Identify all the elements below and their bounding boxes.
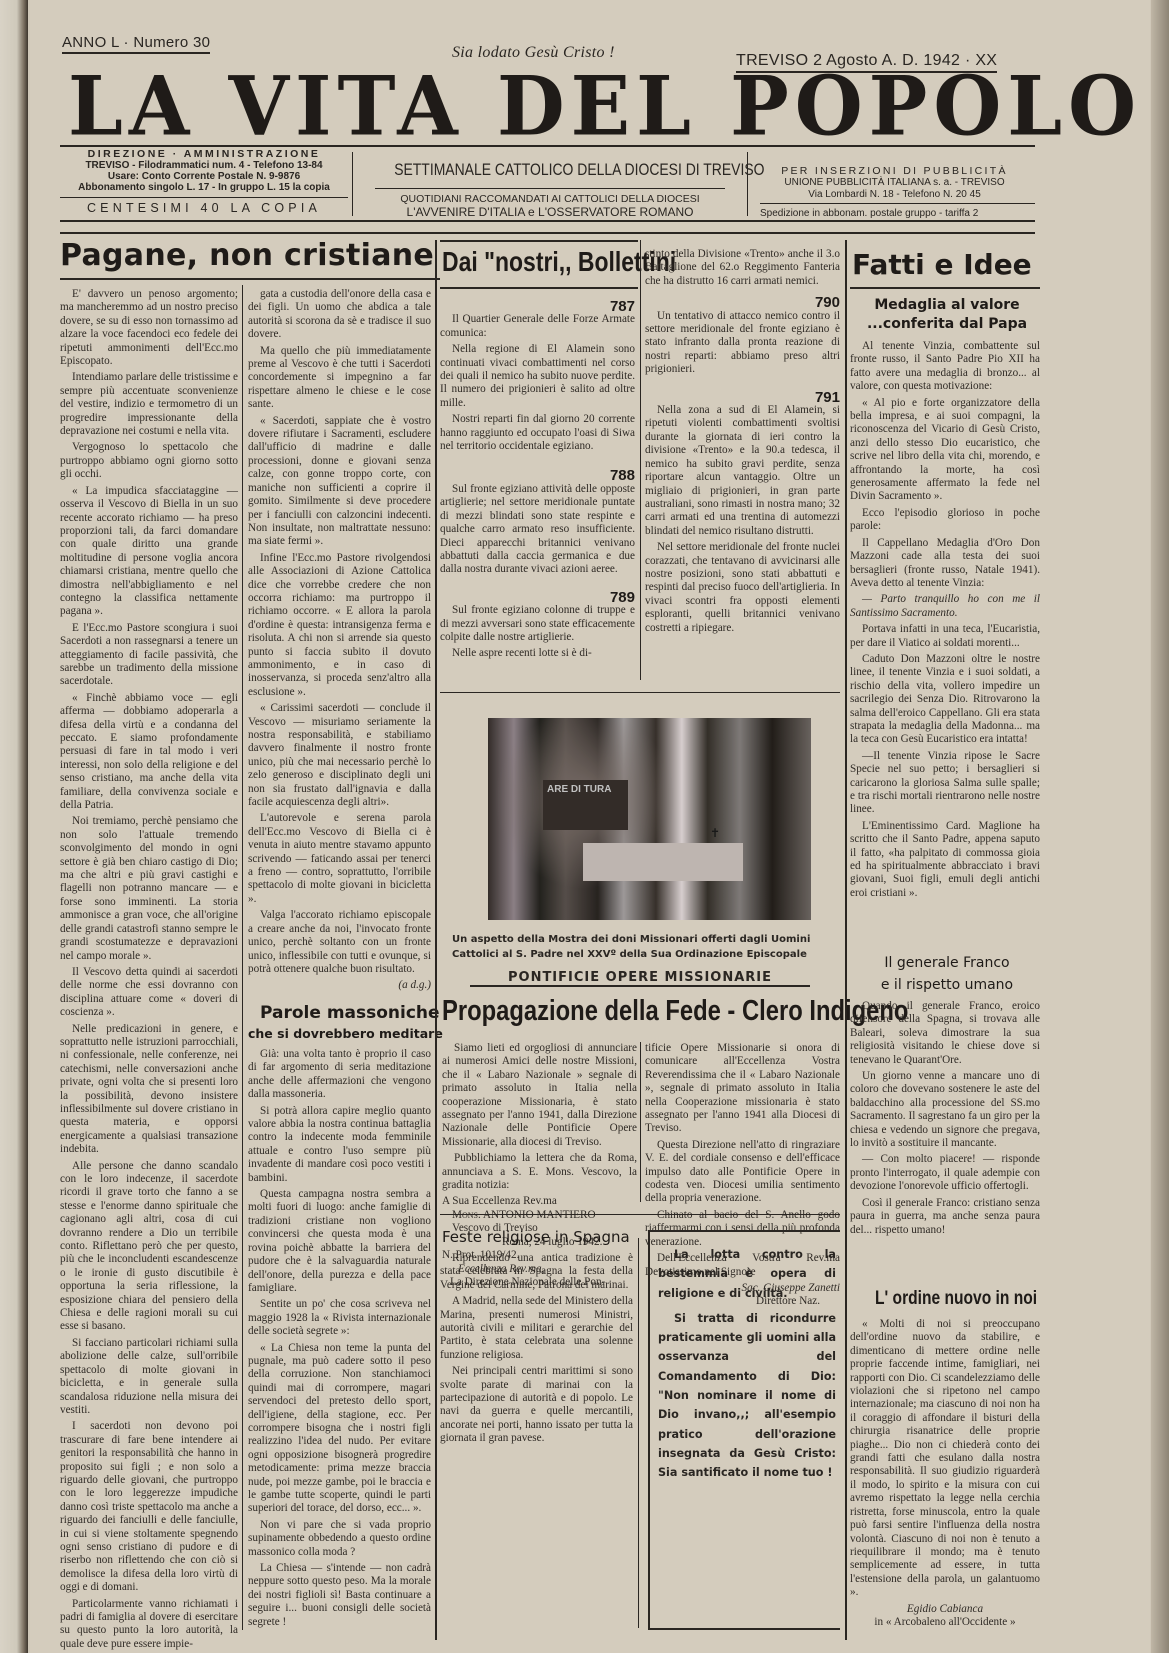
paragraph: Alle persone che danno scandalo con le l… (60, 1160, 238, 1334)
caption-line: Cattolici al S. Padre nel XXVº della Sua… (452, 947, 842, 962)
caption-line: Un aspetto della Mostra dei doni Mission… (452, 932, 842, 947)
photo-caption: Un aspetto della Mostra dei doni Mission… (452, 932, 842, 962)
page-binding-shadow (0, 0, 28, 1653)
rule (60, 278, 440, 280)
paragraph: « Molti di noi si preoccupano dell'ordin… (850, 1318, 1040, 1600)
cross-icon: ✝ (710, 826, 720, 841)
paragraph: Un tentativo di attacco nemico contro il… (645, 310, 840, 377)
divider (352, 152, 353, 216)
rule (440, 692, 840, 693)
paragraph: Ma quello che più immediatamente preme a… (248, 345, 431, 412)
paragraph: Noi tremiamo, perchè pensiamo che non so… (60, 815, 238, 962)
paragraph: — Parto tranquillo ho con me il Santissi… (850, 593, 1040, 620)
advertising-address: Via Lombardi N. 18 - Telefono N. 20 45 (752, 189, 1037, 201)
bollettini-col2: stinto della Divisione «Trento» anche il… (645, 248, 840, 638)
divider (747, 152, 748, 216)
issue-number: ANNO L · Numero 30 (62, 34, 210, 54)
paragraph: Si facciano particolari richiami sulla a… (60, 1337, 238, 1417)
photo-banner: ARE DI TURA (543, 780, 628, 830)
author-initials: (a d.g.) (248, 979, 431, 992)
paragraph: Caduto Don Mazzoni oltre le nostre linee… (850, 653, 1040, 747)
paragraph: I sacerdoti non devono poi trascurare di… (60, 1420, 238, 1594)
paragraph: Questa campagna nostra sembra a molti fu… (248, 1188, 431, 1295)
paragraph: « Finchè abbiamo voce — egli afferma — d… (60, 692, 238, 813)
paragraph: Così il generale Franco: cristiano senza… (850, 1197, 1040, 1237)
paragraph: La Chiesa — s'intende — non cadrà neppur… (248, 1562, 431, 1629)
headline-line: Il generale Franco (852, 952, 1042, 974)
postal-shipping: Spedizione in abbonam. postale gruppo - … (760, 208, 978, 219)
paragraph: Intendiamo parlare delle tristissime e s… (60, 371, 238, 438)
rule (760, 203, 1035, 204)
headline-ordine: L' ordine nuovo in noi (875, 1288, 1037, 1310)
kicker-pontificie: PONTIFICIE OPERE MISSIONARIE (470, 970, 810, 987)
paragraph: Si potrà allora capire meglio quanto val… (248, 1105, 431, 1185)
paragraph: E' davvero un penoso argomento; ma manch… (60, 288, 238, 368)
paragraph: Valga l'accorato richiamo episcopale a c… (248, 909, 431, 976)
paragraph: — Con molto piacere! — risponde pronto l… (850, 1153, 1040, 1193)
recommended-papers: QUOTIDIANI RACCOMANDATI AI CATTOLICI DEL… (360, 193, 740, 219)
bulletin-number: 791 (645, 391, 840, 404)
article-franco: Quando il generale Franco, eroico difens… (850, 1000, 1040, 1240)
address-line: A Sua Eccellenza Rev.ma (442, 1195, 637, 1208)
paragraph: Sentite un po' che cosa scriveva nel mag… (248, 1298, 431, 1338)
article-spagna: Riprendendo una antica tradizione è stat… (440, 1252, 633, 1449)
subhead-massoniche: che si dovrebbero meditare (248, 1026, 443, 1041)
bollettini-col1: 787 Il Quartier Generale delle Forze Arm… (440, 300, 635, 664)
bestemmia-text: La lotta contro la bestemmia è opera di … (658, 1245, 836, 1483)
headline-propagazione: Propagazione della Fede - Clero Indigeno (442, 995, 908, 1028)
paragraph: Portava infatti in una teca, l'Eucaristi… (850, 623, 1040, 650)
rule (850, 287, 1040, 289)
paragraph: Nella zona a sud di El Alamein, si ripet… (645, 404, 840, 538)
paragraph: Quando il generale Franco, eroico difens… (850, 1000, 1040, 1067)
paragraph: Pubblichiamo la lettera che da Roma, ann… (442, 1152, 637, 1192)
section-rule (60, 232, 1035, 234)
exhibition-photo: ARE DI TURA ✝ (488, 718, 811, 920)
paragraph: « Al pio e forte organizzatore della bel… (850, 397, 1040, 504)
source-citation: in « Arcobaleno all'Occidente » (850, 1616, 1040, 1629)
rule (440, 287, 638, 289)
column-divider (640, 1042, 641, 1202)
paragraph: Il Quartier Generale delle Forze Armate … (440, 313, 635, 340)
headline-pagane: Pagane, non cristiane (60, 238, 434, 273)
recommended-line-2: L'AVVENIRE D'ITALIA e L'OSSERVATORE ROMA… (360, 206, 740, 219)
paragraph: Vergognoso lo spettacolo che purtroppo a… (60, 441, 238, 481)
paragraph: Il Cappellano Medaglia d'Oro Don Mazzoni… (850, 537, 1040, 591)
column-divider (640, 240, 641, 680)
masthead-title: LA VITA DEL POPOLO (68, 66, 1028, 148)
paragraph: L'Eminentissimo Card. Maglione ha scritt… (850, 820, 1040, 900)
photo-altar (583, 843, 743, 881)
column-divider (435, 240, 437, 1640)
header-center: SETTIMANALE CATTOLICO DELLA DIOCESI DI T… (360, 160, 740, 180)
paragraph: Riprendendo una antica tradizione è stat… (440, 1252, 633, 1292)
headline-massoniche: Parole massoniche (260, 1003, 440, 1023)
paragraph: A Madrid, nella sede del Ministero della… (440, 1295, 633, 1362)
headline-medaglia: Medaglia al valore ...conferita dal Papa (852, 296, 1042, 334)
header-right: PER INSERZIONI DI PUBBLICITÀ UNIONE PUBB… (752, 165, 1037, 201)
paragraph: Nella regione di El Alamein sono continu… (440, 343, 635, 410)
paragraph: tificie Opere Missionarie si onora di co… (645, 1042, 840, 1136)
article-medaglia: Al tenente Vinzia, combattente sul front… (850, 340, 1040, 903)
paragraph: « La Chiesa non teme la punta del pugnal… (248, 1342, 431, 1516)
paragraph: Il Vescovo detta quindi ai sacerdoti del… (60, 966, 238, 1020)
paragraph: Siamo lieti ed orgogliosi di annunciare … (442, 1042, 637, 1149)
column-divider (638, 1238, 639, 1628)
paragraph: Al tenente Vinzia, combattente sul front… (850, 340, 1040, 394)
masthead-rule (60, 145, 1035, 147)
headline-line: ...conferita dal Papa (852, 315, 1042, 334)
bulletin-number: 789 (440, 591, 635, 604)
paragraph: « Carissimi sacerdoti — conclude il Vesc… (248, 702, 431, 809)
paragraph: Infine l'Ecc.mo Pastore rivolgendosi all… (248, 552, 431, 699)
header-left: DIREZIONE · AMMINISTRAZIONE TREVISO - Fi… (60, 149, 348, 193)
headline-line: Medaglia al valore (852, 296, 1042, 315)
headline-franco: Il generale Franco e il rispetto umano (852, 952, 1042, 996)
bulletin-number: 787 (440, 300, 635, 313)
paragraph: stinto della Divisione «Trento» anche il… (645, 248, 840, 288)
paragraph: Si tratta di ricondurre praticamente gli… (658, 1309, 836, 1483)
subscription-price: Abbonamento singolo L. 17 - In gruppo L.… (60, 182, 348, 193)
paragraph: L'autorevole e serena parola dell'Ecc.mo… (248, 812, 431, 906)
newspaper-page: ANNO L · Numero 30 Sia lodato Gesù Crist… (30, 0, 1150, 1653)
rule (440, 1214, 840, 1215)
paragraph: —Il tenente Vinzia ripose le Sacre Speci… (850, 750, 1040, 817)
paragraph: Nei principali centri marittimi si sono … (440, 1365, 633, 1445)
paragraph: Particolarmente vanno richiamati i padri… (60, 1598, 238, 1652)
rule (60, 197, 348, 198)
advertising-label: PER INSERZIONI DI PUBBLICITÀ (752, 165, 1037, 177)
header-bottom-rule (60, 220, 1035, 222)
paragraph: Già: una volta tanto è proprio il caso d… (248, 1048, 431, 1102)
paragraph: gata a custodia dell'onore della casa e … (248, 288, 431, 342)
paragraph: E l'Ecc.mo Pastore scongiura i suoi Sace… (60, 622, 238, 689)
author-name: Egidio Cabianca (850, 1603, 1040, 1616)
rule (375, 188, 725, 189)
paragraph: Sul fronte egiziano attività delle oppos… (440, 483, 635, 577)
paragraph: Sul fronte egiziano colonne di truppe e … (440, 604, 635, 644)
price-per-copy: CENTESIMI 40 LA COPIA (60, 201, 348, 215)
weekly-subtitle: SETTIMANALE CATTOLICO DELLA DIOCESI DI T… (394, 160, 706, 180)
article-massoniche: Già: una volta tanto è proprio il caso d… (248, 1048, 431, 1632)
article-pagane-col1: E' davvero un penoso argomento; ma manch… (60, 288, 238, 1653)
paragraph: Nostri reparti fin dal giorno 20 corrent… (440, 413, 635, 453)
headline-line: e il rispetto umano (852, 974, 1042, 996)
paragraph: Nelle aspre recenti lotte si è di- (440, 647, 635, 660)
article-pagane-col2: gata a custodia dell'onore della casa e … (248, 288, 431, 993)
headline-fatti: Fatti e Idee (852, 248, 1032, 281)
column-divider (845, 240, 847, 1640)
paragraph: « La impudica sfacciataggine — osserva i… (60, 485, 238, 619)
headline-bollettini: Dai "nostri,, Bollettini (442, 246, 676, 278)
paragraph: Non vi pare che si vada proprio supiname… (248, 1519, 431, 1559)
direction-label: DIREZIONE · AMMINISTRAZIONE (60, 149, 348, 160)
bulletin-number: 790 (645, 296, 840, 309)
page-edge (1151, 0, 1169, 1653)
address-line: Mons. ANTONIO MANTIERO (442, 1209, 637, 1222)
paragraph: « Sacerdoti, sappiate che è vostro dover… (248, 415, 431, 549)
paragraph: La lotta contro la bestemmia è opera di … (658, 1245, 836, 1303)
paragraph: Nelle predicazioni in genere, e soprattu… (60, 1023, 238, 1157)
bulletin-number: 788 (440, 469, 635, 482)
paragraph: Nel settore meridionale del fronte nucle… (645, 541, 840, 635)
postal-account: Usare: Conto Corrente Postale N. 9-9876 (60, 171, 348, 182)
paragraph: Ecco l'episodio glorioso in poche parole… (850, 507, 1040, 534)
address-line: TREVISO - Filodrammatici num. 4 - Telefo… (60, 160, 348, 171)
advertising-agency: UNIONE PUBBLICITÀ ITALIANA s. a. - TREVI… (752, 177, 1037, 189)
paragraph: Un giorno venne a mancare uno di coloro … (850, 1070, 1040, 1150)
column-divider (242, 285, 243, 1630)
article-ordine: « Molti di noi si preoccupano dell'ordin… (850, 1318, 1040, 1629)
headline-spagna: Feste religiose in Spagna (442, 1228, 630, 1246)
paragraph: Questa Direzione nell'atto di ringraziar… (645, 1139, 840, 1206)
rule (440, 240, 638, 242)
